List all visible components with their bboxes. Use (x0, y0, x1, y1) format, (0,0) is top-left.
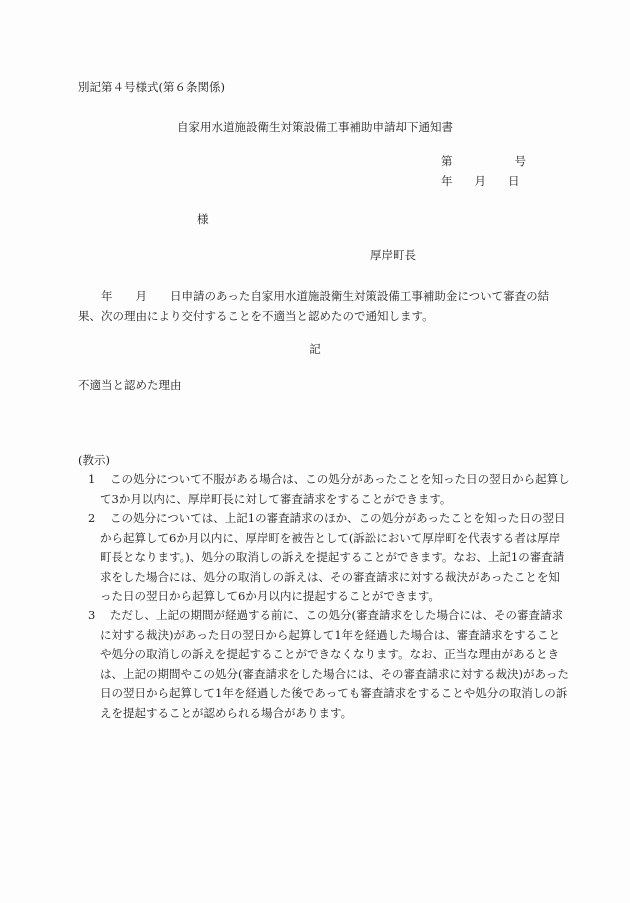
form-label: 別記第４号様式(第６条関係) (78, 82, 225, 94)
document-date: 年月日 (441, 176, 520, 188)
number-suffix: 号 (515, 156, 527, 168)
instruction-text: この処分については、上記1の審査請求のほか、この処分があったことを知った日の翌日… (100, 511, 565, 603)
body-paragraph: 年 月 日申請のあった自家用水道施設衛生対策設備工事補助金について審査の結果、次… (78, 286, 558, 326)
instruction-number: 2 (88, 509, 110, 529)
ki-heading: 記 (0, 344, 630, 356)
addressee-honorific: 様 (197, 214, 209, 226)
document-number: 第号 (441, 156, 526, 168)
instruction-item: 2この処分については、上記1の審査請求のほか、この処分があったことを知った日の翌… (88, 509, 570, 607)
instruction-item: 1この処分について不服がある場合は、この処分があったことを知った日の翌日から起算… (88, 470, 570, 509)
instruction-number: 1 (88, 470, 110, 490)
month-label: 月 (475, 176, 487, 188)
instruction-number: 3 (88, 606, 110, 626)
instruction-text: ただし、上記の期間が経過する前に、この処分(審査請求をした場合には、その審査請求… (100, 608, 569, 720)
reason-label: 不適当と認めた理由 (78, 380, 182, 392)
number-prefix: 第 (441, 156, 453, 168)
day-label: 日 (508, 176, 520, 188)
instruction-text: この処分について不服がある場合は、この処分があったことを知った日の翌日から起算し… (100, 472, 570, 506)
instruction-item: 3ただし、上記の期間が経過する前に、この処分(審査請求をした場合には、その審査請… (88, 606, 570, 723)
document-title: 自家用水道施設衛生対策設備工事補助申請却下通知書 (0, 122, 630, 134)
sender-name: 厚岸町長 (370, 250, 416, 262)
instructions-heading: (教示) (78, 455, 110, 467)
year-label: 年 (441, 176, 453, 188)
